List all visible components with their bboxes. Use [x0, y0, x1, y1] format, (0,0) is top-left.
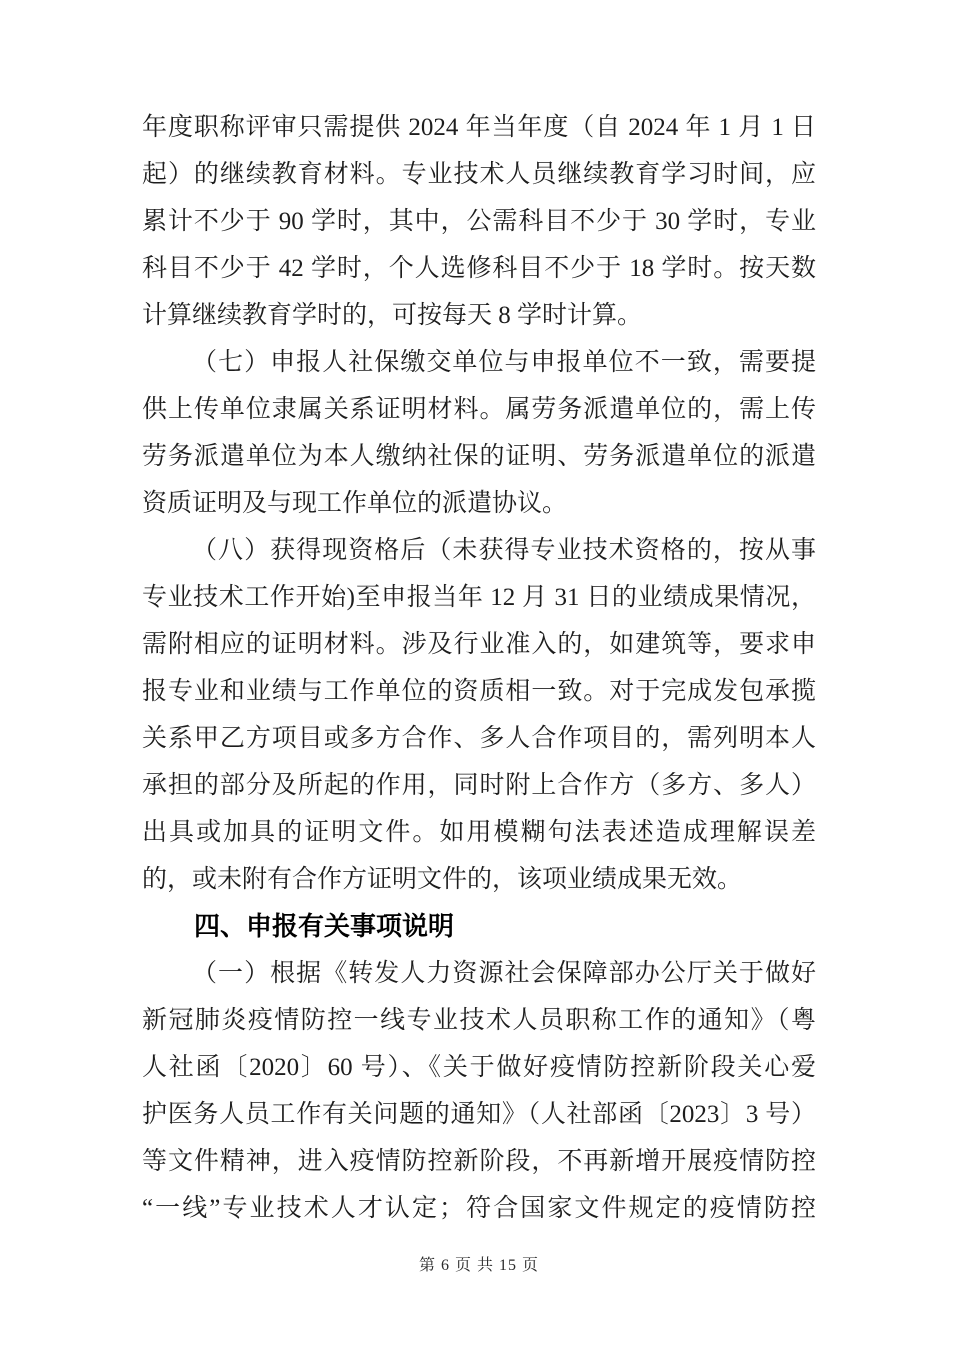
document-page: 年度职称评审只需提供 2024 年当年度（自 2024 年 1 月 1 日 起）…	[0, 0, 958, 1356]
text-line: 起）的继续教育材料。专业技术人员继续教育学习时间，应	[142, 151, 816, 198]
text-line: 专业技术工作开始)至申报当年 12 月 31 日的业绩成果情况，	[142, 574, 816, 621]
text-line: 计算继续教育学时的，可按每天 8 学时计算。	[142, 292, 816, 339]
document-body: 年度职称评审只需提供 2024 年当年度（自 2024 年 1 月 1 日 起）…	[142, 104, 816, 1232]
text-line: （七）申报人社保缴交单位与申报单位不一致，需要提	[142, 339, 816, 386]
text-line: 新冠肺炎疫情防控一线专业技术人员职称工作的通知》（粤	[142, 997, 816, 1044]
text-line: 关系甲乙方项目或多方合作、多人合作项目的，需列明本人	[142, 715, 816, 762]
page-number: 第 6 页 共 15 页	[0, 1252, 958, 1275]
text-line: （八）获得现资格后（未获得专业技术资格的，按从事	[142, 527, 816, 574]
text-line: 年度职称评审只需提供 2024 年当年度（自 2024 年 1 月 1 日	[142, 104, 816, 151]
text-line: “一线”专业技术人才认定；符合国家文件规定的疫情防控	[142, 1185, 816, 1232]
text-line: 出具或加具的证明文件。如用模糊句法表述造成理解误差	[142, 809, 816, 856]
text-line: 劳务派遣单位为本人缴纳社保的证明、劳务派遣单位的派遣	[142, 433, 816, 480]
section-heading: 四、申报有关事项说明	[142, 903, 816, 950]
text-line: 资质证明及与现工作单位的派遣协议。	[142, 480, 816, 527]
text-line: 累计不少于 90 学时，其中，公需科目不少于 30 学时，专业	[142, 198, 816, 245]
text-line: 需附相应的证明材料。涉及行业准入的，如建筑等，要求申	[142, 621, 816, 668]
text-line: 科目不少于 42 学时，个人选修科目不少于 18 学时。按天数	[142, 245, 816, 292]
text-line: 报专业和业绩与工作单位的资质相一致。对于完成发包承揽	[142, 668, 816, 715]
text-line: 人社函〔2020〕60 号）、《关于做好疫情防控新阶段关心爱	[142, 1044, 816, 1091]
text-line: 供上传单位隶属关系证明材料。属劳务派遣单位的，需上传	[142, 386, 816, 433]
text-line: 护医务人员工作有关问题的通知》（人社部函〔2023〕3 号）	[142, 1091, 816, 1138]
text-line: 的，或未附有合作方证明文件的，该项业绩成果无效。	[142, 856, 816, 903]
text-line: 承担的部分及所起的作用，同时附上合作方（多方、多人）	[142, 762, 816, 809]
text-line: （一）根据《转发人力资源社会保障部办公厅关于做好	[142, 950, 816, 997]
text-line: 等文件精神，进入疫情防控新阶段，不再新增开展疫情防控	[142, 1138, 816, 1185]
